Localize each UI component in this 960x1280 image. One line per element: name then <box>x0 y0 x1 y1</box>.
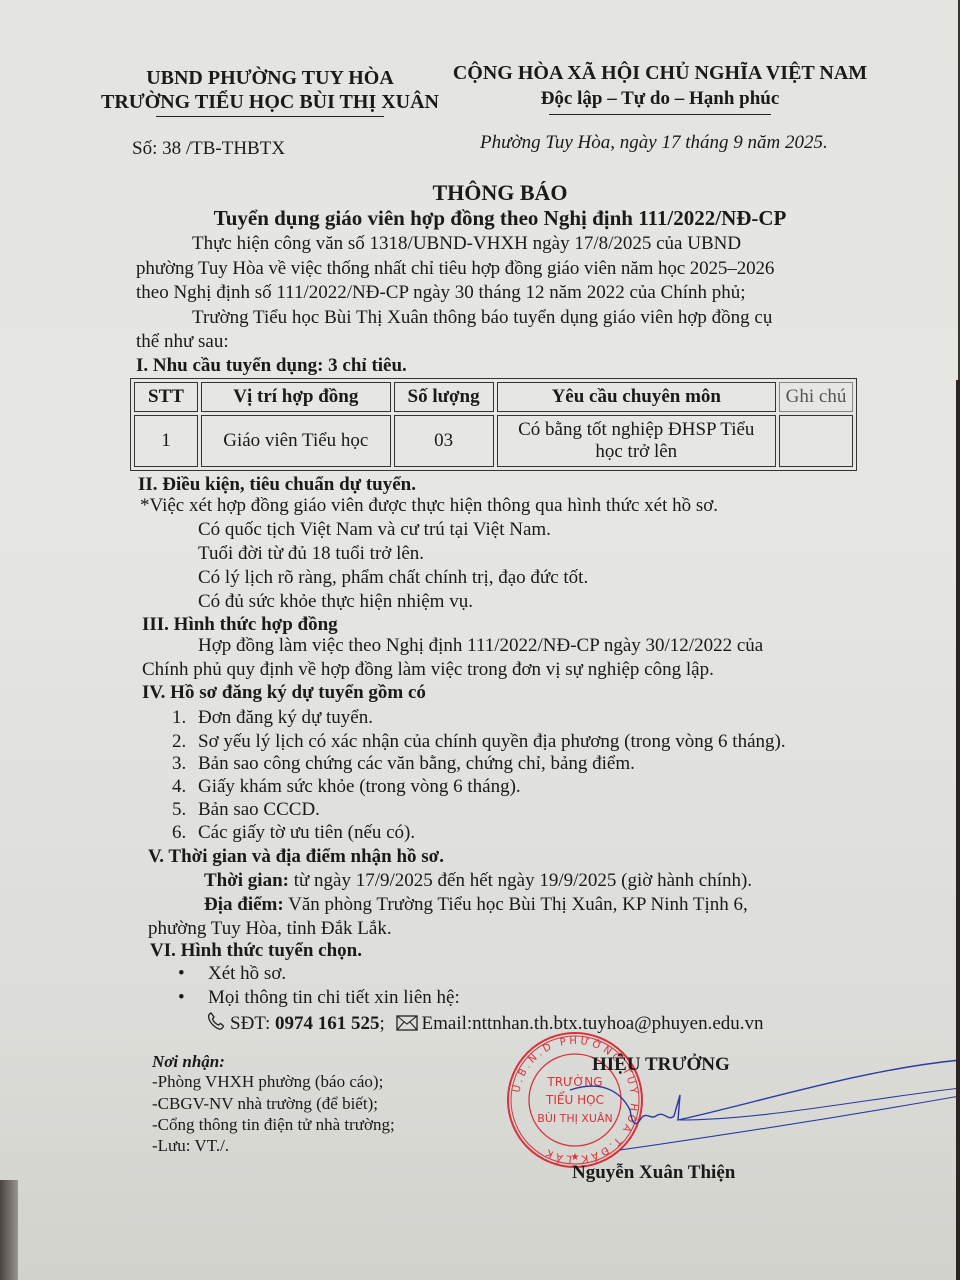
cell-stt: 1 <box>134 415 198 467</box>
document-list-item: 2.Sơ yếu lý lịch có xác nhận của chính q… <box>172 730 786 754</box>
intro-line-1: Thực hiện công văn số 1318/UBND-VHXH ngà… <box>192 232 862 256</box>
condition-item: Có đủ sức khỏe thực hiện nhiệm vụ. <box>198 590 473 614</box>
issuer-school: TRƯỜNG TIỂU HỌC BÙI THỊ XUÂN <box>60 90 480 114</box>
section-3-heading: III. Hình thức hợp đồng <box>142 614 338 636</box>
intro-line-5: thể như sau: <box>136 330 229 354</box>
intro-line-2: phường Tuy Hòa về việc thống nhất chỉ ti… <box>136 257 774 281</box>
section-3-line-1: Hợp đồng làm việc theo Nghị định 111/202… <box>198 634 763 658</box>
document-list-item: 3.Bản sao công chứng các văn bằng, chứng… <box>172 752 635 776</box>
section-1-heading: I. Nhu cầu tuyển dụng: 3 chỉ tiêu. <box>136 355 407 377</box>
condition-item: Có quốc tịch Việt Nam và cư trú tại Việt… <box>198 518 551 542</box>
intro-line-4: Trường Tiểu học Bùi Thị Xuân thông báo t… <box>192 306 772 330</box>
recipient-item: -Phòng VHXH phường (báo cáo); <box>152 1072 383 1092</box>
document-title: THÔNG BÁO <box>0 180 960 206</box>
phone-number[interactable]: 0974 161 525 <box>275 1013 380 1034</box>
handwritten-signature <box>560 1050 960 1160</box>
condition-item: Có lý lịch rõ ràng, phẩm chất chính trị,… <box>198 566 588 590</box>
contact-line: SĐT: 0974 161 525; Email:nttnhan.th.btx.… <box>206 1011 764 1038</box>
national-motto-block: CỘNG HÒA XÃ HỘI CHỦ NGHĨA VIỆT NAM Độc l… <box>440 60 880 115</box>
section-4-heading: IV. Hồ sơ đăng ký dự tuyển gồm có <box>142 682 426 704</box>
recipients-heading: Nơi nhận: <box>152 1052 225 1072</box>
table-row: 1 Giáo viên Tiểu học 03 Có bằng tốt nghi… <box>134 415 853 467</box>
signer-name: Nguyễn Xuân Thiện <box>572 1162 735 1184</box>
col-header-note: Ghi chú <box>779 382 853 412</box>
issuer-authority: UBND PHƯỜNG TUY HÒA <box>60 66 480 90</box>
document-number: Số: 38 /TB-THBTX <box>132 138 285 160</box>
envelope-icon <box>396 1014 418 1038</box>
national-name: CỘNG HÒA XÃ HỘI CHỦ NGHĨA VIỆT NAM <box>440 60 880 86</box>
recipient-item: -Cổng thông tin điện tử nhà trường; <box>152 1115 395 1135</box>
condition-item: Tuổi đời từ đủ 18 tuổi trở lên. <box>198 542 424 566</box>
phone-icon <box>206 1011 226 1038</box>
col-header-quantity: Số lượng <box>394 382 494 412</box>
motto-underline <box>549 114 771 115</box>
issuer-underline <box>156 116 384 117</box>
selection-bullet: •Mọi thông tin chi tiết xin liên hệ: <box>178 986 460 1010</box>
submission-time: Thời gian: từ ngày 17/9/2025 đến hết ngà… <box>204 869 752 893</box>
recipient-item: -CBGV-NV nhà trường (để biết); <box>152 1094 378 1114</box>
document-list-item: 5.Bản sao CCCD. <box>172 798 320 822</box>
cell-note <box>779 415 853 467</box>
document-paper: UBND PHƯỜNG TUY HÒA TRƯỜNG TIỂU HỌC BÙI … <box>0 0 958 1280</box>
submission-place: Địa điểm: Văn phòng Trường Tiểu học Bùi … <box>204 893 748 917</box>
document-list-item: 4.Giấy khám sức khỏe (trong vòng 6 tháng… <box>172 775 521 799</box>
national-motto: Độc lập – Tự do – Hạnh phúc <box>440 86 880 112</box>
recipient-item: -Lưu: VT./. <box>152 1136 229 1156</box>
table-header-row: STT Vị trí hợp đồng Số lượng Yêu cầu chu… <box>134 382 853 412</box>
document-subtitle: Tuyển dụng giáo viên hợp đồng theo Nghị … <box>0 206 960 231</box>
document-list-item: 1.Đơn đăng ký dự tuyển. <box>172 706 373 730</box>
recruitment-table: STT Vị trí hợp đồng Số lượng Yêu cầu chu… <box>130 378 857 471</box>
selection-bullet: •Xét hồ sơ. <box>178 962 286 986</box>
photo-background-edge <box>956 380 960 1280</box>
cell-requirement: Có bằng tốt nghiệp ĐHSP Tiểu học trở lên <box>497 415 777 467</box>
section-2-heading: II. Điều kiện, tiêu chuẩn dự tuyển. <box>138 474 416 496</box>
col-header-position: Vị trí hợp đồng <box>201 382 391 412</box>
cell-quantity: 03 <box>394 415 494 467</box>
section-3-line-2: Chính phủ quy định về hợp đồng làm việc … <box>142 658 714 682</box>
document-list-item: 6.Các giấy tờ ưu tiên (nếu có). <box>172 821 415 845</box>
section-6-heading: VI. Hình thức tuyển chọn. <box>150 940 362 962</box>
section-5-heading: V. Thời gian và địa điểm nhận hồ sơ. <box>148 846 444 868</box>
submission-place-line-2: phường Tuy Hòa, tỉnh Đắk Lắk. <box>148 917 392 941</box>
section-2-lead: *Việc xét hợp đồng giáo viên được thực h… <box>140 494 718 518</box>
issuer-block: UBND PHƯỜNG TUY HÒA TRƯỜNG TIỂU HỌC BÙI … <box>60 66 480 117</box>
cell-position: Giáo viên Tiểu học <box>201 415 391 467</box>
col-header-stt: STT <box>134 382 198 412</box>
place-date: Phường Tuy Hòa, ngày 17 tháng 9 năm 2025… <box>480 132 828 154</box>
intro-line-3: theo Nghị định số 111/2022/NĐ-CP ngày 30… <box>136 281 746 305</box>
photo-background-edge <box>0 1180 18 1280</box>
col-header-requirement: Yêu cầu chuyên môn <box>497 382 777 412</box>
